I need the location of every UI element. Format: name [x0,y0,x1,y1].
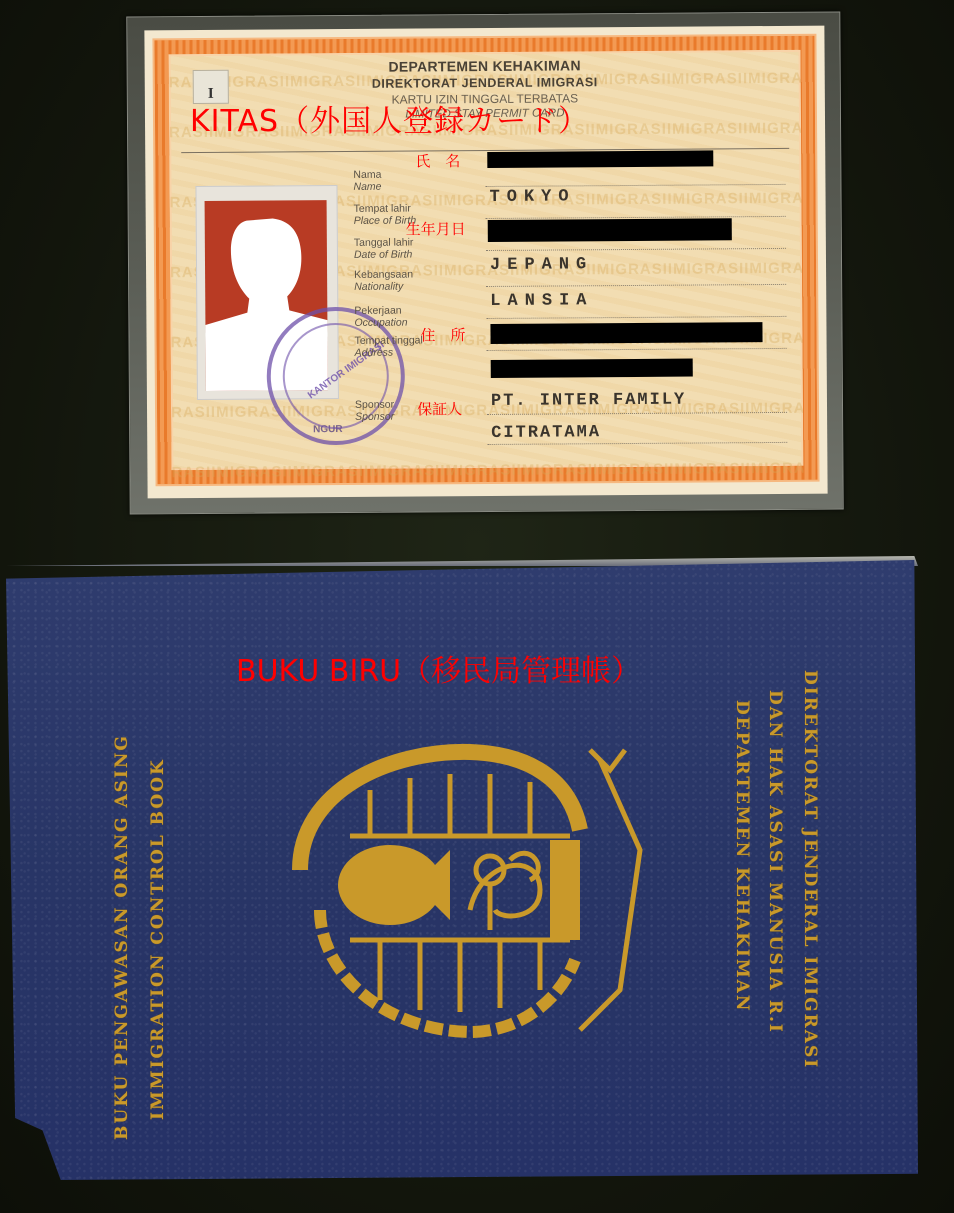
jp-label-sponsor: 保証人 [417,398,462,419]
redacted-date-of-birth [488,218,732,242]
value-sponsor-line2: CITRATAMA [491,423,601,443]
redacted-address-line2 [491,359,693,378]
value-nationality: JEPANG [490,255,593,275]
value-place-of-birth: TOKYO [489,187,575,207]
buku-biru-overlay-title: BUKU BIRU（移民局管理帳） [236,646,641,690]
jp-label-date-of-birth: 生年月日 [406,218,466,239]
redacted-address-line1 [490,322,762,344]
watermark-row: RASIIMIGRASIIMIGRASIIMIGRASIIMIGRASIIMIG… [171,400,803,421]
book-title-english: IMMIGRATION CONTROL BOOK [148,758,168,1120]
book-issuer-line2: DAN HAK ASASI MANUSIA R.I [765,690,785,1034]
book-issuer-line3: DIREKTORAT JENDERAL IMIGRASI [800,670,820,1069]
field-label-sponsor: SponsorSponsor [355,399,394,423]
kitas-overlay-title: KITAS（外国人登録カード） [190,96,589,140]
immigration-emblem-icon [280,740,660,1040]
value-occupation: LANSIA [490,291,593,311]
field-label-address: Tempat tinggalAddress [355,334,423,358]
field-label-date-of-birth: Tanggal lahirDate of Birth [354,237,414,261]
redacted-name [487,150,713,168]
jp-label-address: 住 所 [420,324,465,345]
field-label-name: NamaName [353,169,381,193]
field-label-nationality: KebangsaanNationality [354,269,413,293]
value-sponsor: PT. INTER FAMILY [491,391,686,411]
watermark-row: RASIIMIGRASIIMIGRASIIMIGRASIIMIGRASIIMIG… [171,460,803,481]
stamp-bottom-text: NGUR [313,424,343,435]
book-title-indonesian: BUKU PENGAWASAN ORANG ASING [112,734,132,1140]
book-issuer-line1: DEPARTEMEN KEHAKIMAN [732,700,752,1012]
field-label-occupation: PekerjaanOccupation [354,305,407,329]
jp-label-name: 氏 名 [415,150,460,171]
